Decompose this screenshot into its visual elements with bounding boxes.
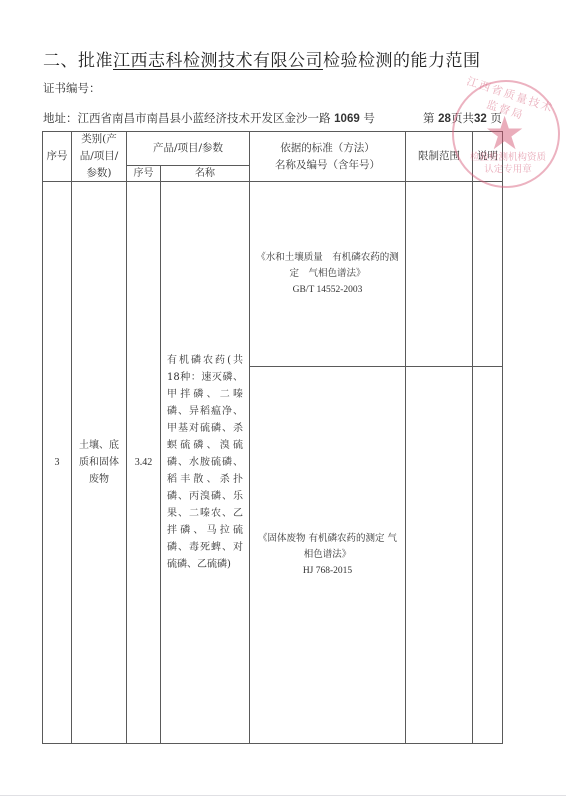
standard-1: 《水和土壤质量 有机磷农药的测定 气相色谱法》 GB/T 14552-2003 [250, 182, 405, 366]
official-seal: 江西省质量技术监督局 ★ 检验检测机构资质认定专用章 [452, 80, 560, 188]
header-standard: 依据的标准（方法） 名称及编号（含年号） [250, 132, 405, 181]
address-number: 1069 [334, 113, 360, 125]
page-current: 28 [438, 113, 451, 125]
row-note [473, 182, 502, 743]
row-category: 土壤、底质和固体废物 [72, 182, 126, 743]
row-limit [406, 182, 472, 743]
standard-1-name: 《水和土壤质量 有机磷农药的测定 气相色谱法》 [254, 250, 401, 282]
header-standard-line2: 名称及编号（含年号） [275, 157, 380, 174]
header-category: 类别(产品/项目/参数) [72, 132, 126, 181]
address: 地址：江西省南昌市南昌县小蓝经济技术开发区金沙一路 1069 号 [43, 110, 375, 126]
title-suffix: 检验检测的能力范围 [323, 51, 481, 71]
row-seq: 3 [43, 182, 71, 743]
company-name: 江西志科检测技术有限公司 [113, 51, 323, 71]
table-border-bottom [42, 743, 503, 744]
page-edge [0, 795, 566, 796]
col-border-7 [502, 131, 503, 744]
star-icon: ★ [484, 110, 525, 156]
header-product-name: 名称 [161, 166, 249, 181]
certificate-number-label: 证书编号： [43, 80, 101, 96]
standard-2-name: 《固体废物 有机磷农药的测定 气相色谱法》 [254, 531, 401, 563]
header-standard-line1: 依据的标准（方法） [280, 140, 375, 157]
standard-1-code: GB/T 14552-2003 [293, 282, 363, 298]
page-title: 二、批准江西志科检测技术有限公司检验检测的能力范围 [43, 46, 481, 71]
header-seq: 序号 [43, 132, 71, 181]
row-item-name: 有机磷农药(共18种：速灭磷、甲拌磷、二嗪磷、异稻瘟净、甲基对硫磷、杀螟硫磷、溴… [161, 182, 249, 743]
address-suffix: 号 [363, 111, 375, 125]
header-product-seq: 序号 [127, 166, 160, 181]
title-prefix: 二、批准 [43, 51, 113, 71]
row-item-seq: 3.42 [127, 182, 160, 743]
address-label: 地址：江西省南昌市南昌县小蓝经济技术开发区金沙一路 [43, 111, 331, 125]
page-prefix: 第 [423, 111, 435, 125]
seal-bottom-text: 检验检测机构资质认定专用章 [466, 152, 550, 176]
standard-2-code: HJ 768-2015 [303, 563, 352, 579]
standard-2: 《固体废物 有机磷农药的测定 气相色谱法》 HJ 768-2015 [250, 367, 405, 743]
header-product-group: 产品/项目/参数 [127, 132, 249, 165]
